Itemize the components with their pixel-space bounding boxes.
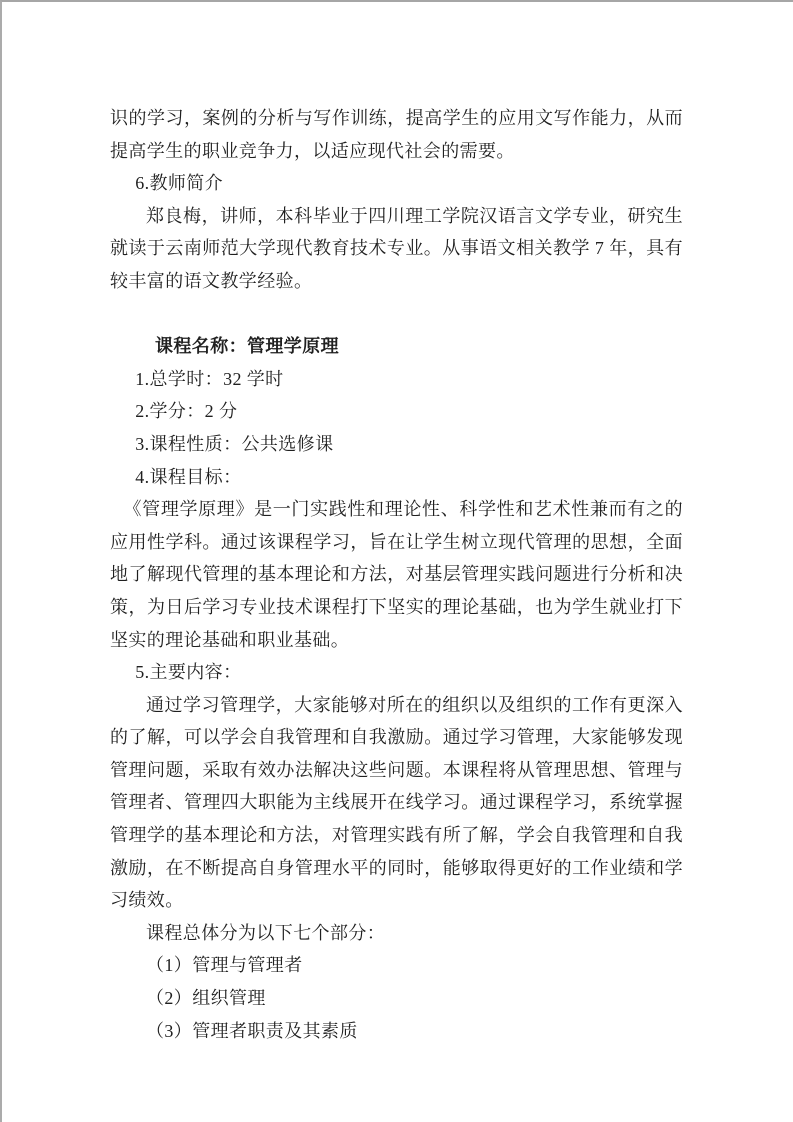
list-item-teacher-intro: 6.教师简介: [110, 167, 683, 200]
list-item-content-label: 5.主要内容：: [110, 656, 683, 689]
blank-line: [110, 298, 683, 331]
list-item-course-type: 3.课程性质：公共选修课: [110, 428, 683, 461]
list-item-credits: 2.学分：2 分: [110, 395, 683, 428]
list-item-part-1: （1）管理与管理者: [110, 949, 683, 982]
list-item-part-3: （3）管理者职责及其素质: [110, 1015, 683, 1048]
paragraph-continuation: 识的学习，案例的分析与写作训练，提高学生的应用文写作能力，从而提高学生的职业竞争…: [110, 102, 683, 167]
page-text-block: 识的学习，案例的分析与写作训练，提高学生的应用文写作能力，从而提高学生的职业竞争…: [2, 2, 793, 1047]
document-page: 识的学习，案例的分析与写作训练，提高学生的应用文写作能力，从而提高学生的职业竞争…: [0, 0, 793, 1122]
heading-course-name: 课程名称：管理学原理: [110, 330, 683, 363]
list-item-objectives-label: 4.课程目标：: [110, 461, 683, 494]
list-item-total-hours: 1.总学时：32 学时: [110, 363, 683, 396]
list-item-part-2: （2）组织管理: [110, 982, 683, 1015]
paragraph-parts-intro: 课程总体分为以下七个部分：: [110, 917, 683, 950]
paragraph-teacher-bio: 郑良梅，讲师，本科毕业于四川理工学院汉语言文学专业，研究生就读于云南师范大学现代…: [110, 200, 683, 298]
paragraph-course-content: 通过学习管理学，大家能够对所在的组织以及组织的工作有更深入的了解，可以学会自我管…: [110, 689, 683, 917]
paragraph-course-objectives: 《管理学原理》是一门实践性和理论性、科学性和艺术性兼而有之的应用性学科。通过该课…: [110, 493, 683, 656]
